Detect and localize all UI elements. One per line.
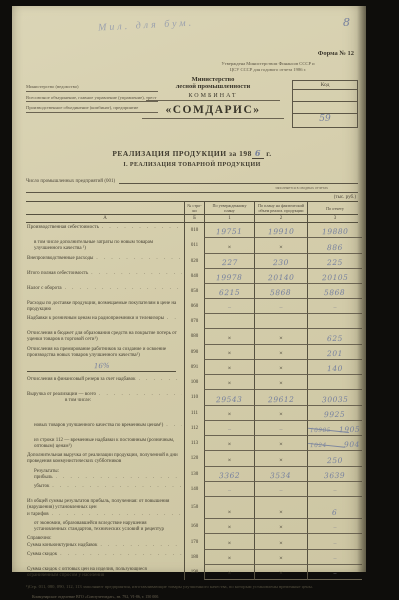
row-code: 070 — [184, 314, 204, 329]
handwritten-value: 29543 — [216, 394, 243, 403]
value-cell: × — [204, 406, 254, 421]
row-code: 011 — [184, 238, 204, 254]
row-label: Выручка от реализации — всегов том числе… — [26, 390, 184, 406]
value-cell: × — [204, 534, 254, 550]
row-label-line: убыток — [34, 484, 182, 490]
row-code: 130 — [184, 467, 204, 483]
handwritten-value: 625 — [327, 333, 343, 342]
row-label-text: Отчисления в бюджет для образования сред… — [27, 331, 182, 344]
value-cell: × — [204, 436, 254, 452]
value-cell: 19910 — [254, 223, 307, 238]
row-code: 010 — [184, 223, 204, 238]
value-cell — [307, 375, 362, 390]
row-code: 170 — [184, 534, 204, 550]
dot-leaders — [166, 423, 182, 429]
scanned-page: Мил. для бум. 8 Форма № 12 Утверждена Ми… — [0, 0, 399, 600]
dash-mark: – — [280, 427, 283, 434]
row-label-text: от экономии, образовавшейся вследствие н… — [34, 521, 179, 534]
row-label-line: от экономии, образовавшейся вследствие н… — [34, 521, 182, 534]
table-row: 16%091××140 — [26, 360, 358, 375]
row-label-line: Отчисления в финансовый резерв за счет н… — [27, 377, 182, 383]
value-cell: × — [254, 436, 307, 452]
dot-leaders — [91, 271, 182, 277]
label-union: Всесоюзное объединение, главное управлен… — [26, 95, 158, 103]
stamp-ministry-line2: лесной промышленности — [140, 83, 286, 90]
row-label-line: новых товаров улучшенного качества по вр… — [34, 423, 182, 429]
value-cell: – — [307, 519, 362, 535]
dash-mark: – — [228, 427, 231, 434]
approval-line-2: ЦСУ СССР для годового отчета 1986 г. — [178, 67, 358, 73]
row-code: 111 — [184, 406, 204, 421]
x-mark: × — [279, 555, 283, 563]
row-label: Производственная себестоимость — [26, 223, 184, 238]
row-code: 113 — [184, 436, 204, 452]
row-label-text: Отчисления на премирование работников за… — [27, 347, 179, 360]
dash-mark: – — [334, 541, 337, 548]
row-label: от экономии, образовавшейся вследствие н… — [26, 519, 184, 535]
x-mark: × — [228, 540, 232, 548]
value-cell: × — [254, 238, 307, 254]
handwritten-value: 19910 — [268, 227, 295, 236]
handwritten-value: 250 — [327, 455, 343, 464]
value-cell: × — [204, 550, 254, 565]
fill-line — [119, 177, 358, 184]
row-label-text: Надбавки к розничным ценам на радиоприем… — [27, 316, 164, 322]
value-cell: 230 — [254, 254, 307, 269]
handwritten-value: 1905 — [339, 424, 360, 433]
code-box-empty-row — [293, 90, 357, 102]
row-label-text: Дополнительная выручка от реализации про… — [27, 453, 179, 466]
table-row: Выручка от реализации — всегов том числе… — [26, 390, 358, 406]
handwritten-value: 140 — [327, 364, 343, 373]
table-row: Сумма скидок с оптовых цен на изделия, п… — [26, 565, 358, 581]
value-cell — [254, 314, 307, 329]
value-cell: 6 — [307, 497, 362, 519]
row-label-line: Производственная себестоимость — [27, 225, 182, 231]
value-cell: × — [254, 550, 307, 565]
value-cell: × — [254, 345, 307, 361]
value-cell: × — [204, 451, 254, 467]
dot-leaders — [52, 512, 182, 518]
value-cell: 20105 — [307, 269, 362, 284]
row-code: 120 — [184, 451, 204, 467]
label-enterprise: Производственное объединение (комбинат),… — [26, 105, 158, 113]
dash-mark: – — [334, 488, 337, 495]
value-cell: 3534 — [254, 467, 307, 483]
stamp-somdaris: «СОМДАРИС» — [142, 104, 284, 119]
dash-mark: – — [280, 305, 283, 312]
row-label-text: Производственная себестоимость — [27, 225, 99, 231]
page-number: 8 — [343, 16, 350, 29]
row-label: Справочно:Сумма конъюнктурных надбавок — [26, 534, 184, 550]
table-row: Отчисления в бюджет для образования сред… — [26, 329, 358, 345]
dot-leaders — [100, 543, 182, 549]
value-cell: × — [254, 451, 307, 467]
row-code: 020 — [184, 254, 204, 269]
handwritten-value: 886 — [327, 242, 343, 251]
row-label: Дополнительная выручка от реализации про… — [26, 451, 184, 467]
row-label: Сумма скидок с оптовых цен на изделия, п… — [26, 565, 184, 581]
dot-leaders — [56, 475, 182, 481]
row-code: 080 — [184, 329, 204, 345]
table-row: Внепроизводственные расходы020227230225 — [26, 254, 358, 269]
value-cell: 5868 — [254, 284, 307, 299]
row-label: новых товаров улучшенного качества по вр… — [26, 421, 184, 436]
row-label: Результаты:прибыль — [26, 467, 184, 483]
header-code-col: № стро­ки — [184, 202, 204, 214]
row-label-text: в том числе дополнительные затраты по но… — [34, 240, 179, 253]
row-code: 190 — [184, 565, 204, 581]
value-cell: 6215 — [204, 284, 254, 299]
corrected-value: 109851905 — [310, 425, 360, 434]
table-row: Итого полная себестоимость04019978201402… — [26, 269, 358, 284]
row-label-line: Сумма скидок — [27, 552, 182, 558]
row-label-text: Сумма скидок — [27, 552, 57, 558]
row-code: 060 — [184, 299, 204, 315]
value-cell: 225 — [307, 254, 362, 269]
handwritten-value: 230 — [273, 257, 289, 266]
value-cell: – — [307, 565, 362, 581]
row-label-text: Сумма конъюнктурных надбавок — [27, 543, 97, 549]
subheader-1: 1 — [204, 215, 254, 222]
code-box-empty-row — [293, 102, 357, 114]
x-mark: × — [279, 570, 283, 578]
value-cell: × — [254, 406, 307, 421]
header-label-col — [26, 202, 184, 214]
row-label: убыток — [26, 482, 184, 497]
value-cell: – — [204, 299, 254, 315]
handwritten-value: 19751 — [216, 227, 243, 236]
x-mark: × — [279, 457, 283, 465]
row-code: 110 — [184, 390, 204, 406]
table-body: Производственная себестоимость0101975119… — [26, 223, 358, 580]
header-col-1: По утвержденному плану — [204, 202, 254, 214]
table-row: Производственная себестоимость0101975119… — [26, 223, 358, 238]
table-row: Справочно:Сумма конъюнктурных надбавок17… — [26, 534, 358, 550]
table-row: в том числе дополнительные затраты по но… — [26, 238, 358, 254]
row-label: Внепроизводственные расходы — [26, 254, 184, 269]
value-cell: 886 — [307, 238, 362, 254]
value-cell: × — [254, 519, 307, 535]
value-cell: 19751 — [204, 223, 254, 238]
row-label-post: в том числе: — [27, 398, 182, 404]
handwritten-value: 6 — [332, 508, 337, 517]
x-mark: × — [228, 457, 232, 465]
x-mark: × — [228, 335, 232, 343]
value-cell: 3362 — [204, 467, 254, 483]
row-label-text: Итого полная себестоимость — [27, 271, 88, 277]
dash-mark: – — [228, 488, 231, 495]
handwritten-value: 9925 — [324, 409, 345, 418]
value-cell: × — [254, 360, 307, 375]
table-row: Отчисления в финансовый резерв за счет н… — [26, 375, 358, 390]
dot-leaders — [65, 286, 182, 292]
x-mark: × — [279, 244, 283, 252]
row-label-text: Отчисления в финансовый резерв за счет н… — [27, 377, 136, 383]
dash-mark: – — [280, 488, 283, 495]
x-mark: × — [279, 509, 283, 517]
row-code: 140 — [184, 482, 204, 497]
value-cell: 19978 — [204, 269, 254, 284]
handwritten-value: 19880 — [322, 227, 349, 236]
value-cell: – — [307, 550, 362, 565]
x-mark: × — [228, 350, 232, 358]
row-label-line: Внепроизводственные расходы — [27, 256, 182, 262]
code-box-label: Код — [293, 81, 357, 90]
value-cell: 30035 — [307, 390, 362, 406]
value-cell: – — [307, 534, 362, 550]
table-row: Налог с оборота050621558685868 — [26, 284, 358, 299]
value-cell: 250 — [307, 451, 362, 467]
form-number: Форма № 12 — [318, 50, 354, 57]
row-label: Расходы по доставке продукции, возмещаем… — [26, 299, 184, 315]
value-cell: – — [307, 299, 362, 315]
row-label: Сумма скидок — [26, 550, 184, 565]
row-code: 100 — [184, 375, 204, 390]
handwritten-value: 20105 — [322, 272, 349, 281]
dash-mark: – — [334, 305, 337, 312]
handwritten-value: 30035 — [322, 394, 349, 403]
row-label-line: Надбавки к розничным ценам на радиоприем… — [27, 316, 182, 322]
row-label: 16% — [26, 360, 184, 375]
handwritten-value: 227 — [222, 257, 238, 266]
value-cell: 227 — [204, 254, 254, 269]
table-row: Дополнительная выручка от реализации про… — [26, 451, 358, 467]
realization-table: № стро­ки По утвержденному плану По план… — [26, 201, 358, 580]
row-label-text: и тарифов — [27, 512, 49, 518]
subheader-a: А — [26, 215, 184, 222]
approval-note: Утверждена Министерством Финансов СССР и… — [178, 61, 358, 72]
row-label-line: Выручка от реализации — всего — [27, 392, 182, 398]
x-mark: × — [228, 570, 232, 578]
value-cell: × — [204, 565, 254, 581]
x-mark: × — [279, 411, 283, 419]
stamp-ministry-line1: Министерство — [140, 76, 286, 83]
value-cell — [307, 314, 362, 329]
row-label-text: из строки 112 — временные надбавки к пос… — [34, 438, 182, 451]
summary-reports-note: заполняется в сводных отчетах — [26, 185, 358, 193]
dot-leaders — [52, 484, 182, 490]
row-label: Отчисления на премирование работников за… — [26, 345, 184, 361]
document-title: РЕАЛИЗАЦИЯ ПРОДУКЦИИ за 1986 г. — [26, 148, 358, 159]
struck-value: 1024 — [310, 443, 327, 449]
row-label-text: убыток — [34, 484, 49, 490]
row-label-line: Итого полная себестоимость — [27, 271, 182, 277]
row-label-line: Сумма конъюнктурных надбавок — [27, 543, 182, 549]
dot-leaders — [99, 392, 182, 398]
value-cell: – — [254, 421, 307, 436]
row-label-line: Дополнительная выручка от реализации про… — [27, 453, 182, 466]
dash-mark: – — [334, 571, 337, 578]
value-cell: – — [254, 299, 307, 315]
organization-stamp: Министерство лесной промышленности КОМБИ… — [140, 76, 286, 119]
row-label-text: прибыль — [34, 475, 53, 481]
row-code: 040 — [184, 269, 204, 284]
table-row: 111××9925 — [26, 406, 358, 421]
table-row: Расходы по доставке продукции, возмещаем… — [26, 299, 358, 315]
value-cell: – — [254, 482, 307, 497]
handwritten-value: 29612 — [268, 394, 295, 403]
row-label-text: Сумма скидок с оптовых цен на изделия, п… — [27, 567, 179, 580]
handwritten-value: 3362 — [219, 471, 240, 480]
row-label-line: Отчисления на премирование работников за… — [27, 347, 182, 360]
corrected-value: 1024904 — [310, 440, 360, 449]
row-label-line: Отчисления в бюджет для образования сред… — [27, 331, 182, 344]
header-col-2: По плану на фактический объем реализ. пр… — [254, 202, 307, 214]
table-row: убыток140––– — [26, 482, 358, 497]
value-cell: 29612 — [254, 390, 307, 406]
x-mark: × — [228, 365, 232, 373]
dot-leaders — [102, 225, 182, 231]
x-mark: × — [228, 244, 232, 252]
x-mark: × — [228, 509, 232, 517]
value-cell: 19880 — [307, 223, 362, 238]
dash-mark: – — [334, 556, 337, 563]
x-mark: × — [228, 524, 232, 532]
value-cell: 5868 — [307, 284, 362, 299]
row-label-line: и тарифов — [27, 512, 182, 518]
value-cell: × — [254, 497, 307, 519]
units-label: (тыс. руб.) — [26, 195, 356, 200]
handwritten-value: 19978 — [216, 272, 243, 281]
x-mark: × — [228, 555, 232, 563]
subheader-b: Б — [184, 215, 204, 222]
handwritten-value: 3534 — [270, 471, 291, 480]
table-row: Результаты:прибыль130336235343639 — [26, 467, 358, 483]
row-code: 112 — [184, 421, 204, 436]
dot-leaders — [167, 316, 182, 322]
row-code: 091 — [184, 360, 204, 375]
value-cell: × — [204, 360, 254, 375]
row-label: в том числе дополнительные затраты по но… — [26, 238, 184, 254]
dash-mark: – — [228, 305, 231, 312]
handwritten-value: 5868 — [324, 287, 345, 296]
row-label: Налог с оборота — [26, 284, 184, 299]
row-label: Итого полная себестоимость — [26, 269, 184, 284]
print-imprint: Коммунарское отделение ВГО «Союзучетизда… — [26, 594, 358, 599]
row-code: 180 — [184, 550, 204, 565]
year-handwritten: 6 — [252, 148, 264, 159]
table-row: Сумма скидок180××– — [26, 550, 358, 565]
row-label-line: в том числе дополнительные затраты по но… — [34, 240, 182, 253]
value-cell: 201 — [307, 345, 362, 361]
handwritten-value: 225 — [327, 257, 343, 266]
value-cell: – — [307, 482, 362, 497]
handwritten-value: 20140 — [268, 272, 295, 281]
x-mark: × — [279, 441, 283, 449]
row-code: 090 — [184, 345, 204, 361]
value-cell: 1024904 — [307, 436, 362, 452]
row-label-line: прибыль — [34, 475, 182, 481]
pencil-annotation: Мил. для бум. — [98, 17, 195, 33]
x-mark: × — [279, 540, 283, 548]
x-mark: × — [279, 365, 283, 373]
handwritten-label: 16% — [94, 362, 110, 371]
table-row: новых товаров улучшенного качества по вр… — [26, 421, 358, 436]
value-cell: × — [204, 238, 254, 254]
subheader-3: 3 — [307, 215, 362, 222]
dot-leaders — [139, 377, 182, 383]
value-cell: 29543 — [204, 390, 254, 406]
x-mark: × — [228, 441, 232, 449]
value-cell: 140 — [307, 360, 362, 375]
section-title: I. РЕАЛИЗАЦИЯ ТОВАРНОЙ ПРОДУКЦИИ — [26, 162, 358, 168]
handwritten-value: 904 — [344, 440, 360, 449]
value-cell: × — [204, 497, 254, 519]
value-cell: 9925 — [307, 406, 362, 421]
row-label-text: Расходы по доставке продукции, возмещаем… — [27, 301, 179, 314]
row-label: Надбавки к розничным ценам на радиоприем… — [26, 314, 184, 329]
header-left-labels: Министерство (ведомство) Всесоюзное объе… — [26, 84, 158, 116]
row-label: Отчисления в финансовый резерв за счет н… — [26, 375, 184, 390]
value-cell: 20140 — [254, 269, 307, 284]
row-label-line: Налог с оборота — [27, 286, 182, 292]
subheader-2: 2 — [254, 215, 307, 222]
dot-leaders — [96, 256, 182, 262]
row-label-text: Внепроизводственные расходы — [27, 256, 93, 262]
value-cell: × — [254, 375, 307, 390]
enterprises-count-line: Число промышленных предприятий (001) — [26, 177, 358, 184]
x-mark: × — [228, 380, 232, 388]
row-label-pre: Из общей суммы результатов прибыль, полу… — [27, 499, 182, 512]
row-code: 160 — [184, 519, 204, 535]
value-cell: × — [204, 519, 254, 535]
x-mark: × — [279, 350, 283, 358]
header-col-3: По отчету — [307, 202, 362, 214]
label-ministry: Министерство (ведомство) — [26, 84, 158, 92]
table-row: Надбавки к розничным ценам на радиоприем… — [26, 314, 358, 329]
x-mark: × — [228, 411, 232, 419]
value-cell: × — [204, 345, 254, 361]
table-row: Из общей суммы результатов прибыль, полу… — [26, 497, 358, 519]
row-label-line: Расходы по доставке продукции, возмещаем… — [27, 301, 182, 314]
handwritten-value: 5868 — [270, 287, 291, 296]
row-label — [26, 406, 184, 421]
value-cell: × — [204, 329, 254, 345]
value-cell: – — [204, 482, 254, 497]
table-subheader-row: А Б 1 2 3 — [26, 215, 358, 223]
row-label-line: 16% — [27, 362, 176, 372]
handwritten-value: 201 — [327, 349, 343, 358]
dot-leaders — [60, 552, 182, 558]
row-label: из строки 112 — временные надбавки к пос… — [26, 436, 184, 452]
row-label-line: Сумма скидок с оптовых цен на изделия, п… — [27, 567, 182, 580]
value-cell: × — [204, 375, 254, 390]
footnote: ¹)Стр. 011, 080, 090, 112, 113 заполняют… — [26, 584, 358, 590]
table-row: от экономии, образовавшейся вследствие н… — [26, 519, 358, 535]
value-cell: × — [254, 329, 307, 345]
row-label-text: новых товаров улучшенного качества по вр… — [34, 423, 163, 429]
handwritten-value: 3639 — [324, 471, 345, 480]
table-header-row: № стро­ки По утвержденному плану По план… — [26, 202, 358, 215]
paper-sheet: Мил. для бум. 8 Форма № 12 Утверждена Ми… — [12, 6, 366, 572]
row-label-text: Налог с оборота — [27, 286, 62, 292]
value-cell: 625 — [307, 329, 362, 345]
x-mark: × — [279, 524, 283, 532]
handwritten-value: 6215 — [219, 287, 240, 296]
stamp-kombinat: КОМБИНАТ — [146, 93, 280, 101]
row-label: Отчисления в бюджет для образования сред… — [26, 329, 184, 345]
struck-value: 10985 — [310, 427, 331, 433]
value-cell: × — [254, 565, 307, 581]
value-cell — [204, 314, 254, 329]
row-code: 150 — [184, 497, 204, 519]
code-box: Код 59 — [292, 80, 358, 128]
value-cell: 3639 — [307, 467, 362, 483]
table-row: из строки 112 — временные надбавки к пос… — [26, 436, 358, 452]
row-label-line: из строки 112 — временные надбавки к пос… — [34, 438, 182, 451]
table-row: Отчисления на премирование работников за… — [26, 345, 358, 361]
